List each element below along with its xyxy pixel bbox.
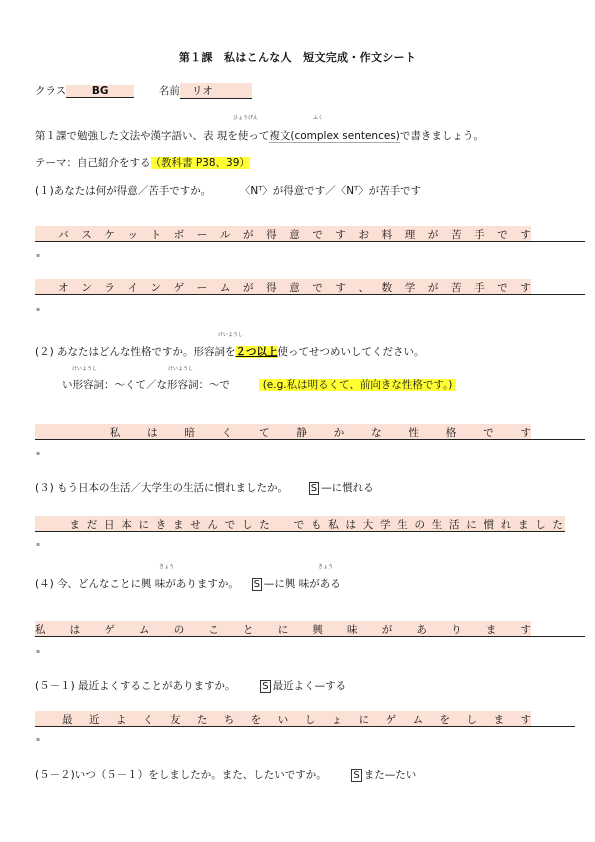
answer-char: た (259, 517, 270, 532)
page-title: 第１課 私はこんな人 短文完成・作文シート (0, 49, 595, 65)
question-1-prompt: (１)あなたは何が得意／苦手ですか。 (35, 185, 211, 197)
answer-char: が (243, 227, 254, 242)
answer-char: て (259, 425, 270, 440)
answer-char (52, 517, 63, 532)
answer-char: の (174, 622, 185, 637)
answer-char: ム (139, 622, 150, 637)
ruby-kyoumi-pattern: きょう (318, 563, 333, 570)
ruby-hyougen: ひょうげん (233, 114, 258, 121)
answer-line-4[interactable]: 私はゲムのことに興味があります (35, 621, 585, 637)
answer-char: ま (173, 517, 184, 532)
answer-char: ッ (127, 227, 138, 242)
answer-char: で (497, 280, 508, 295)
answer-char: は (147, 425, 158, 440)
answer-char: 興 (312, 622, 323, 637)
name-field[interactable]: リオ (180, 83, 252, 99)
answer-char: 料 (382, 227, 393, 242)
answer-char: も (311, 517, 322, 532)
answer-char: イ (127, 280, 138, 295)
answer-line-2[interactable]: 私は暗くて静かな性格です (35, 424, 585, 440)
answer-char: く (222, 425, 233, 440)
answer-char: ま (518, 517, 529, 532)
answer-text: バスケットボールが得意ですお料理が苦手です (35, 227, 531, 242)
answer-char: し (305, 712, 316, 727)
answer-text: 私はゲムのことに興味があります (35, 622, 531, 637)
s-mark-icon: S (351, 769, 361, 782)
ruby-keiyoushi: けいようし (218, 331, 243, 338)
answer-char: 本 (121, 517, 132, 532)
answer-char: な (371, 425, 382, 440)
answer-char: ょ (332, 712, 343, 727)
theme-line: テーマ：自己紹介をする（教科書 P38、39） (35, 155, 250, 170)
answer-char: す (520, 425, 531, 440)
answer-char: す (335, 227, 346, 242)
answer-char: を (440, 712, 451, 727)
answer-char: に (466, 517, 477, 532)
answer-line-3[interactable]: まだ日本にきませんでした でも私は大学生の生活に慣れました (35, 516, 565, 532)
question-2-prompt-end: 使ってせつめいしてください。 (278, 346, 425, 358)
s-mark-icon: S (309, 482, 319, 495)
question-2: (２) あなたはどんな性格ですか。形容詞を２つ以上使ってせつめいしてください。 (35, 344, 425, 359)
answer-char: り (451, 622, 462, 637)
question-4-pattern: —に (264, 578, 285, 590)
answer-text: オンラインゲームが得意です、数学が苦手です (35, 280, 531, 295)
answer-char: 味 (347, 622, 358, 637)
answer-char: ー (197, 280, 208, 295)
answer-char: ム (220, 280, 231, 295)
answer-char: オ (58, 280, 69, 295)
answer-char: 友 (170, 712, 181, 727)
s-mark-icon: S (260, 680, 270, 693)
answer-char: ま (486, 622, 497, 637)
answer-char: 苦 (451, 227, 462, 242)
answer-char: 学 (380, 517, 391, 532)
fukubun-word: 複文(complex sentences) (269, 130, 400, 143)
question-2-particle: を (225, 346, 236, 358)
adjective-hint: い形容詞：～くて／な形容詞：～で (62, 379, 230, 391)
answer-char: す (520, 280, 531, 295)
answer-char: 私 (110, 425, 121, 440)
answer-char: こ (208, 622, 219, 637)
answer-char: せ (190, 517, 201, 532)
answer-char: く (143, 712, 154, 727)
question-4-prompt-end: がありますか。 (165, 578, 239, 590)
answer-char (35, 712, 46, 727)
answer-char: た (197, 712, 208, 727)
answer-char (72, 425, 83, 440)
answer-char: 暗 (184, 425, 195, 440)
class-label: クラス (35, 85, 66, 97)
answer-char: 日 (104, 517, 115, 532)
textbook-reference: （教科書 P38、39） (151, 157, 250, 169)
answer-char: ー (197, 227, 208, 242)
question-5-1-prompt: (５－１) 最近よくすることがありますか。 (35, 680, 236, 692)
answer-char: し (467, 712, 478, 727)
paragraph-mark: ▪ (36, 252, 40, 259)
answer-char: バ (58, 227, 69, 242)
answer-char: 性 (408, 425, 419, 440)
hyougen-word: 表 現 (203, 130, 227, 142)
ruby-keiyoushi-na: けいようし (168, 365, 193, 372)
answer-char: で (225, 517, 236, 532)
answer-char: 活 (449, 517, 460, 532)
ruby-fukubun: ふく (313, 114, 323, 121)
answer-char: 静 (296, 425, 307, 440)
answer-char: を (251, 712, 262, 727)
answer-char: ボ (174, 227, 185, 242)
answer-char: ま (70, 517, 81, 532)
answer-char: よ (116, 712, 127, 727)
answer-char: 最 (62, 712, 73, 727)
answer-char: 意 (289, 227, 300, 242)
answer-char: 近 (89, 712, 100, 727)
question-4-prompt: (４) 今、どんなことに (35, 578, 141, 590)
answer-char: い (278, 712, 289, 727)
answer-char: ム (413, 712, 424, 727)
answer-char: す (520, 227, 531, 242)
answer-char: れ (501, 517, 512, 532)
answer-char: が (382, 622, 393, 637)
answer-char: ち (224, 712, 235, 727)
question-2-prompt: (２) あなたはどんな性格ですか。 (35, 346, 194, 358)
answer-char: で (483, 425, 494, 440)
paragraph-mark: ▪ (36, 541, 40, 548)
answer-char: ン (81, 280, 92, 295)
ruby-keiyoushi-i: けいようし (72, 365, 97, 372)
instructions-text-mid: を使って (227, 130, 269, 142)
answer-char: ゲ (386, 712, 397, 727)
student-info: クラスBG 名前リオ (35, 83, 252, 99)
paragraph-mark: ▪ (36, 306, 40, 313)
answer-char: き (156, 517, 167, 532)
answer-char: 理 (405, 227, 416, 242)
answer-char: 数 (382, 280, 393, 295)
theme-label: テーマ：自己紹介をする (35, 157, 151, 169)
answer-char: は (70, 622, 81, 637)
answer-char: は (346, 517, 357, 532)
question-1-pattern: 〈Nᵀ〉が得意です／〈Nᵀ〉が苦手です (240, 185, 421, 197)
instructions-text: 第１課で勉強した文法や漢字語い、 (35, 130, 203, 142)
answer-char: に (139, 517, 150, 532)
answer-char: ル (220, 227, 231, 242)
answer-char: の (415, 517, 426, 532)
answer-char: ケ (104, 227, 115, 242)
paragraph-mark: ▪ (36, 648, 40, 655)
answer-char: 大 (363, 517, 374, 532)
question-4-pattern-kyoumi: 興 味 (285, 578, 309, 590)
answer-char: ま (493, 712, 504, 727)
answer-text: まだ日本にきませんでした でも私は大学生の生活に慣れました (35, 517, 563, 532)
answer-char: 苦 (451, 280, 462, 295)
answer-char: だ (87, 517, 98, 532)
two-or-more-highlight: ２つ以上 (236, 346, 278, 358)
answer-char: ン (151, 280, 162, 295)
answer-char (277, 517, 288, 532)
answer-char: 学 (405, 280, 416, 295)
answer-char: あ (416, 622, 427, 637)
answer-char: ゲ (104, 622, 115, 637)
example-sentence: (e.g.私は明るくて、前向きな性格です。) (259, 379, 457, 391)
answer-char: に (278, 622, 289, 637)
answer-char: 意 (289, 280, 300, 295)
answer-char: で (312, 227, 323, 242)
answer-char: す (520, 712, 531, 727)
answer-char: ス (81, 227, 92, 242)
answer-char: し (535, 517, 546, 532)
answer-char: お (359, 227, 370, 242)
question-4: (４) 今、どんなことに興 味がありますか。 S—に興 味がある (35, 576, 341, 591)
answer-char: し (242, 517, 253, 532)
keiyoushi-word: 形容詞 (194, 346, 226, 358)
kyoumi-word: 興 味 (141, 578, 165, 590)
answer-char: が (428, 280, 439, 295)
answer-char: で (294, 517, 305, 532)
answer-char: す (520, 622, 531, 637)
question-3: (３) もう日本の生活／大学生の生活に慣れましたか。 S—に慣れる (35, 480, 374, 495)
answer-char: 慣 (484, 517, 495, 532)
answer-char: ん (208, 517, 219, 532)
name-label: 名前 (159, 85, 180, 97)
answer-char: 私 (328, 517, 339, 532)
answer-char: で (497, 227, 508, 242)
answer-char: ゲ (174, 280, 185, 295)
answer-char: 格 (446, 425, 457, 440)
answer-line-5-1[interactable]: 最近よく友たちをいしょにゲムをします (35, 711, 575, 727)
answer-char: た (553, 517, 564, 532)
question-5-1: (５－１) 最近よくすることがありますか。 S最近よく—する (35, 678, 346, 693)
answer-char: が (243, 280, 254, 295)
answer-char: と (243, 622, 254, 637)
answer-char: ラ (104, 280, 115, 295)
class-field[interactable]: BG (66, 85, 134, 98)
paragraph-mark: ▪ (36, 736, 40, 743)
paragraph-mark: ▪ (36, 450, 40, 457)
answer-char: 得 (266, 227, 277, 242)
answer-char: で (312, 280, 323, 295)
answer-text: 最近よく友たちをいしょにゲムをします (35, 712, 531, 727)
answer-line-1b[interactable]: オンラインゲームが得意です、数学が苦手です (35, 279, 585, 295)
question-5-2-prompt: (５－２)いつ（５－１）をしましたか。また、したいですか。 (35, 769, 327, 781)
answer-char (35, 227, 46, 242)
answer-char: 得 (266, 280, 277, 295)
answer-line-1a[interactable]: バスケットボールが得意ですお料理が苦手です (35, 226, 585, 242)
answer-char: 生 (397, 517, 408, 532)
question-1: (１)あなたは何が得意／苦手ですか。 〈Nᵀ〉が得意です／〈Nᵀ〉が苦手です (35, 183, 421, 198)
answer-char (35, 517, 46, 532)
instructions: 第１課で勉強した文法や漢字語い、表 現を使って複文(complex senten… (35, 128, 484, 143)
answer-char: か (334, 425, 345, 440)
answer-text: 私は暗くて静かな性格です (35, 425, 531, 440)
answer-char (35, 425, 46, 440)
answer-char: 、 (359, 280, 370, 295)
answer-char: 私 (35, 622, 46, 637)
answer-char (35, 280, 46, 295)
question-3-prompt: (３) もう日本の生活／大学生の生活に慣れましたか。 (35, 482, 288, 494)
question-4-pattern-end: がある (309, 578, 341, 590)
answer-char: ト (151, 227, 162, 242)
question-2-hint: い形容詞：～くて／な形容詞：～で (e.g.私は明るくて、前向きな性格です。) (62, 377, 456, 392)
question-5-2-pattern: また—たい (364, 769, 417, 781)
answer-char: 生 (432, 517, 443, 532)
question-3-pattern: —に慣れる (321, 482, 374, 494)
answer-char: が (428, 227, 439, 242)
question-5-1-pattern: 最近よく—する (273, 680, 347, 692)
question-5-2: (５－２)いつ（５－１）をしましたか。また、したいですか。 Sまた—たい (35, 767, 416, 782)
answer-char: 手 (474, 227, 485, 242)
answer-char: 手 (474, 280, 485, 295)
ruby-kyoumi: きょう (159, 563, 174, 570)
answer-char: す (335, 280, 346, 295)
s-mark-icon: S (252, 578, 262, 591)
instructions-text-end: で書きましょう。 (400, 130, 484, 142)
answer-char: に (359, 712, 370, 727)
